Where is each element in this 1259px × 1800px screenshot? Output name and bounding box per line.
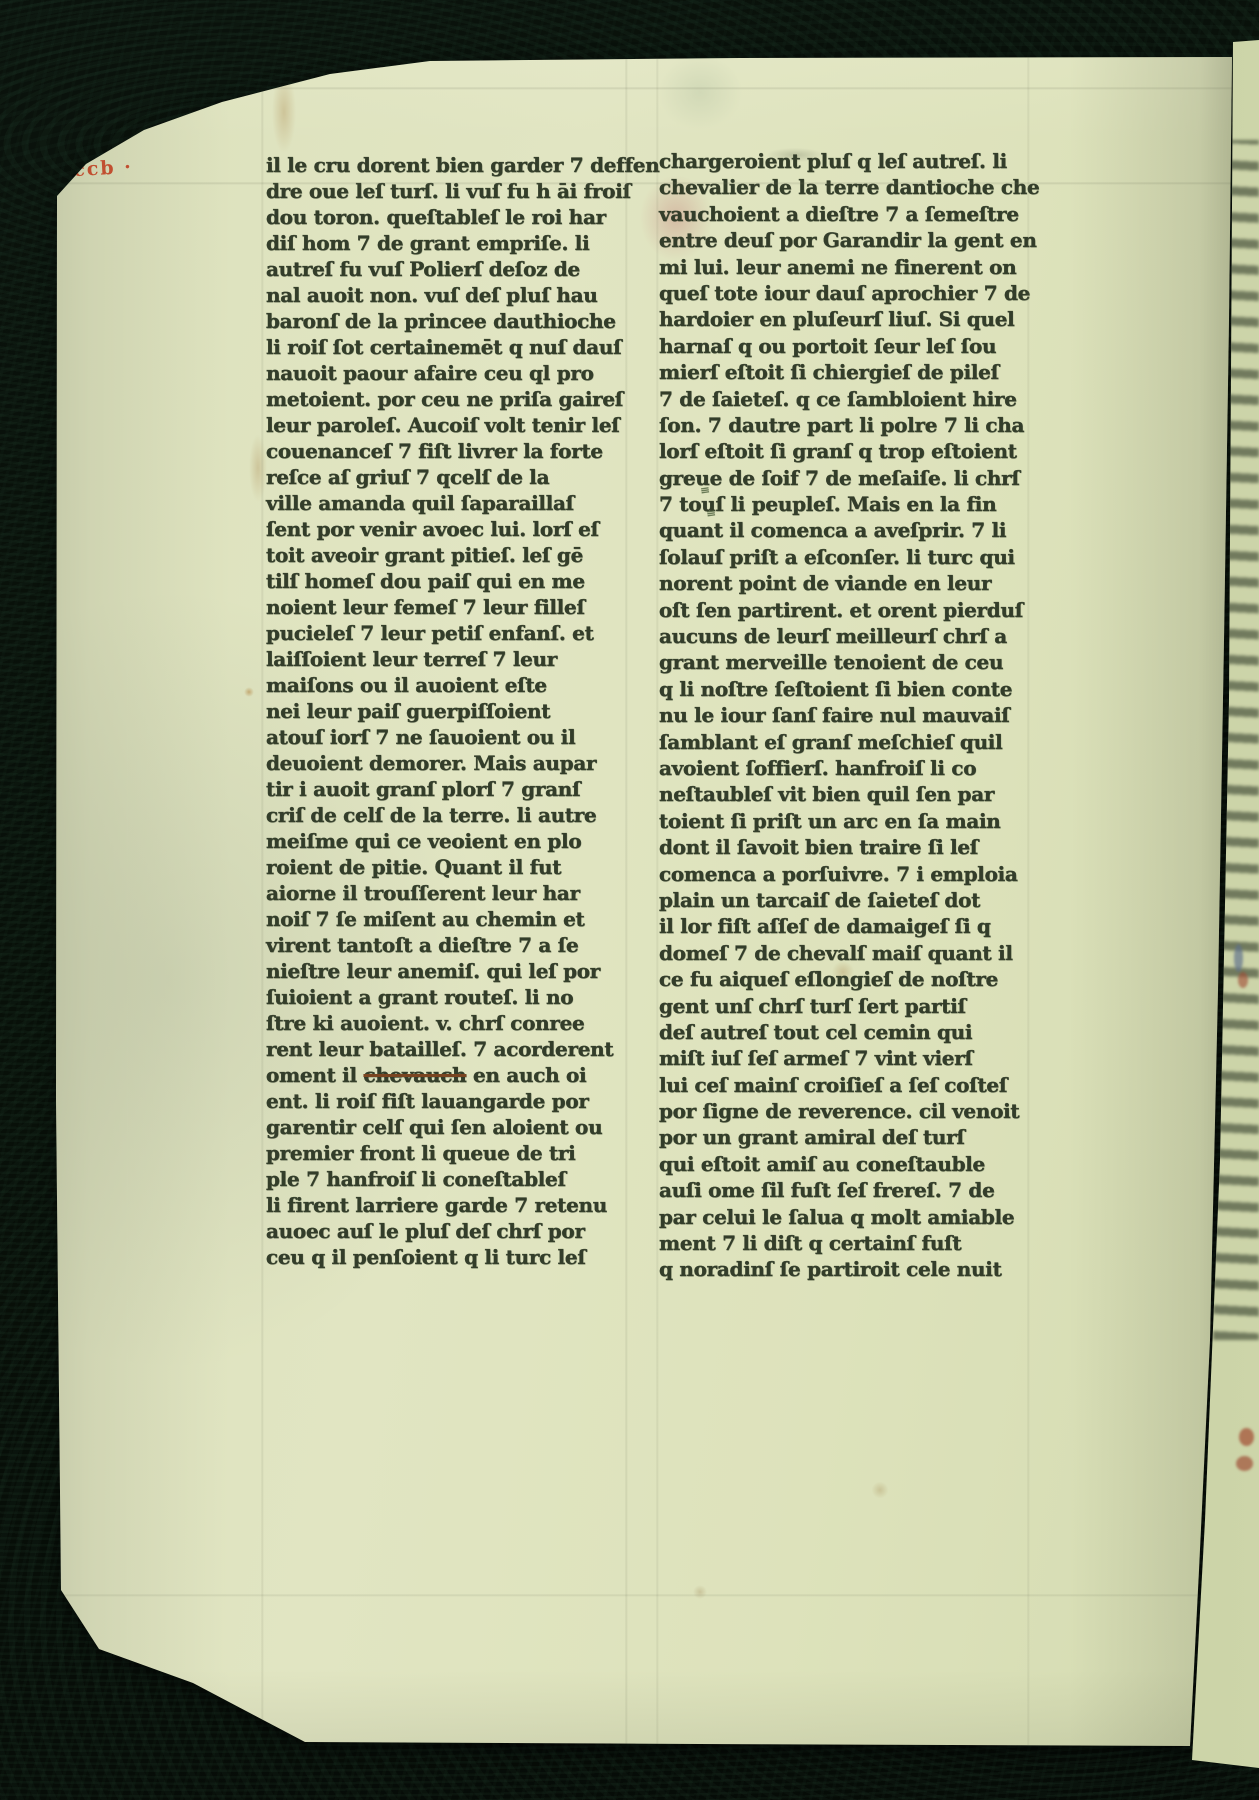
- next-folio-rubric-mark: [1238, 972, 1248, 988]
- manuscript-line: mi lui. leur anemi ne finerent on: [659, 254, 1039, 280]
- manuscript-line: comenca a porſuivre. 7 i emploia: [659, 861, 1039, 887]
- manuscript-line: avoient ſoffierſ. hanfroiſ li co: [659, 755, 1039, 781]
- manuscript-line: noient leur femeſ 7 leur filleſ: [266, 594, 659, 620]
- manuscript-line: oſt ſen partirent. et orent pierduſ: [659, 597, 1039, 623]
- struck-word: chevauch: [363, 1063, 466, 1087]
- manuscript-line: oment il chevauch en auch oi: [266, 1062, 659, 1088]
- manuscript-line: dou toron. queſtableſ le roi har: [266, 204, 659, 230]
- manuscript-line: por un grant amiral deſ turſ: [659, 1124, 1039, 1150]
- manuscript-line: metoient. por ceu ne priſa gaireſ: [266, 386, 659, 412]
- manuscript-line: gent unſ chrſ turſ ſert partiſ: [659, 993, 1039, 1019]
- manuscript-line: ce fu aiqueſ eſlongieſ de noſtre: [659, 966, 1039, 992]
- manuscript-page: · ccb · il le cru dorent bien garder 7 d…: [0, 0, 1259, 1800]
- manuscript-line: autreſ fu vuſ Polierſ deſoz de: [266, 256, 659, 282]
- manuscript-line: maiſons ou il auoient eſte: [266, 672, 659, 698]
- manuscript-line: laiſſoient leur terreſ 7 leur: [266, 646, 659, 672]
- manuscript-line: toient ſi priſt un arc en ſa main: [659, 808, 1039, 834]
- manuscript-line: toit aveoir grant pitieſ. leſ gē: [266, 542, 659, 568]
- manuscript-line: ment 7 li diſt q certainſ fuſt: [659, 1230, 1039, 1256]
- manuscript-line: 7 de ſaieteſ. q ce ſambloient hire: [659, 386, 1039, 412]
- manuscript-line: lorſ eſtoit ſi granſ q trop eſtoient: [659, 438, 1039, 464]
- manuscript-line: tilſ homeſ dou paiſ qui en me: [266, 568, 659, 594]
- manuscript-line: nal auoit non. vuſ deſ pluſ hau: [266, 282, 659, 308]
- manuscript-line: nauoit paour afaire ceu ql pro: [266, 360, 659, 386]
- manuscript-line: diſ hom 7 de grant empriſe. li: [266, 230, 659, 256]
- manuscript-line: quant il comenca a aveſprir. 7 li: [659, 517, 1039, 543]
- manuscript-line: chevalier de la terre dantioche che: [659, 174, 1039, 200]
- manuscript-line: ſon. 7 dautre part li polre 7 li cha: [659, 412, 1039, 438]
- manuscript-line: garentir celſ qui ſen aloient ou: [266, 1114, 659, 1140]
- manuscript-line: por ſigne de reverence. cil venoit: [659, 1098, 1039, 1124]
- manuscript-line: grant merveille tenoient de ceu: [659, 649, 1039, 675]
- manuscript-line: meiſme qui ce veoient en plo: [266, 828, 659, 854]
- manuscript-line: dre oue leſ turſ. li vuſ fu h āi froiſ: [266, 178, 659, 204]
- manuscript-line: criſ de celſ de la terre. li autre: [266, 802, 659, 828]
- manuscript-line: il lor fiſt aſſeſ de damaigeſ ſi q: [659, 913, 1039, 939]
- manuscript-line: nieſtre leur anemiſ. qui leſ por: [266, 958, 659, 984]
- next-folio-rubric-mark: [1239, 1428, 1254, 1446]
- manuscript-line: chargeroient pluſ q leſ autreſ. li: [659, 148, 1039, 174]
- quire-mark: ≡: [705, 505, 718, 520]
- manuscript-line: qui eſtoit amiſ au coneſtauble: [659, 1151, 1039, 1177]
- manuscript-line: ceu q il penſoient q li turc leſ: [266, 1244, 659, 1270]
- manuscript-line: ple 7 hanfroiſ li coneſtableſ: [266, 1166, 659, 1192]
- manuscript-line: li firent larriere garde 7 retenu: [266, 1192, 659, 1218]
- manuscript-line: vauchoient a dieſtre 7 a ſemeſtre: [659, 201, 1039, 227]
- quire-mark: ≡: [699, 482, 712, 497]
- manuscript-line: auoec auſ le pluſ deſ chrſ por: [266, 1218, 659, 1244]
- manuscript-line: reſce aſ griuſ 7 qcelſ de la: [266, 464, 659, 490]
- manuscript-line: nu le iour ſanſ faire nul mauvaiſ: [659, 702, 1039, 728]
- manuscript-line: miſt iuſ ſeſ armeſ 7 vint vierſ: [659, 1045, 1039, 1071]
- folio-number: · ccb ·: [55, 156, 133, 182]
- manuscript-line: auſi ome ſil fuſt ſeſ frereſ. 7 de: [659, 1177, 1039, 1203]
- manuscript-line: hardoier en pluſeurſ liuſ. Si quel: [659, 306, 1039, 332]
- manuscript-line: il le cru dorent bien garder 7 deffen: [266, 152, 659, 178]
- manuscript-line: virent tantoſt a dieſtre 7 a ſe: [266, 932, 659, 958]
- manuscript-line: couenanceſ 7 fiſt livrer la forte: [266, 438, 659, 464]
- next-folio-rubric-mark: [1236, 1456, 1253, 1471]
- page-wrap: · ccb · il le cru dorent bien garder 7 d…: [0, 0, 1259, 1800]
- manuscript-line: leur paroleſ. Aucoiſ volt tenir leſ: [266, 412, 659, 438]
- manuscript-line: ſuioient a grant routeſ. li no: [266, 984, 659, 1010]
- manuscript-line: premier front li queue de tri: [266, 1140, 659, 1166]
- manuscript-line: lui ceſ mainſ croiſieſ a ſeſ coſteſ: [659, 1072, 1039, 1098]
- manuscript-line: ſolauſ priſt a eſconſer. li turc qui: [659, 544, 1039, 570]
- manuscript-line: ſtre ki auoient. v. chrſ conree: [266, 1010, 659, 1036]
- manuscript-line: ent. li roiſ fiſt lauangarde por: [266, 1088, 659, 1114]
- manuscript-line: neſtaubleſ vit bien quil ſen par: [659, 781, 1039, 807]
- text-column-right: chargeroient pluſ q leſ autreſ. licheval…: [659, 148, 1039, 1283]
- manuscript-line: rent leur batailleſ. 7 acorderent: [266, 1036, 659, 1062]
- manuscript-line: ville amanda quil ſaparaillaſ: [266, 490, 659, 516]
- manuscript-line: mierſ eſtoit ſi chiergieſ de pileſ: [659, 359, 1039, 385]
- manuscript-line: atouſ iorſ 7 ne ſauoient ou il: [266, 724, 659, 750]
- manuscript-line: domeſ 7 de chevalſ maiſ quant il: [659, 940, 1039, 966]
- manuscript-line: harnaſ q ou portoit ſeur leſ ſou: [659, 333, 1039, 359]
- manuscript-line: baronſ de la princee dauthioche: [266, 308, 659, 334]
- manuscript-line: entre deuſ por Garandir la gent en: [659, 227, 1039, 253]
- manuscript-line: tir i auoit granſ plorſ 7 granſ: [266, 776, 659, 802]
- manuscript-line: li roiſ ſot certainemēt q nuſ dauſ: [266, 334, 659, 360]
- manuscript-line: aiorne il trouſſerent leur har: [266, 880, 659, 906]
- manuscript-line: norent point de viande en leur: [659, 570, 1039, 596]
- manuscript-line: roient de pitie. Quant il fut: [266, 854, 659, 880]
- manuscript-line: pucieleſ 7 leur petiſ enfanſ. et: [266, 620, 659, 646]
- manuscript-line: ſamblant eſ granſ meſchieſ quil: [659, 729, 1039, 755]
- manuscript-line: noiſ 7 ſe miſent au chemin et: [266, 906, 659, 932]
- manuscript-line: aucuns de leurſ meilleurſ chrſ a: [659, 623, 1039, 649]
- manuscript-line: plain un tarcaiſ de ſaieteſ dot: [659, 887, 1039, 913]
- manuscript-line: q li noſtre ſeſtoient ſi bien conte: [659, 676, 1039, 702]
- manuscript-line: q noradinſ ſe partiroit cele nuit: [659, 1256, 1039, 1282]
- manuscript-line: deſ autreſ tout cel cemin qui: [659, 1019, 1039, 1045]
- manuscript-line: par celui le ſalua q molt amiable: [659, 1204, 1039, 1230]
- manuscript-line: nei leur paiſ guerpiſſoient: [266, 698, 659, 724]
- manuscript-line: dont il ſavoit bien traire ſi leſ: [659, 834, 1039, 860]
- text-column-left: il le cru dorent bien garder 7 deffendre…: [266, 152, 659, 1270]
- next-folio-blue-initial: [1234, 944, 1243, 972]
- manuscript-line: ſent por venir avoec lui. lorſ eſ: [266, 516, 659, 542]
- manuscript-line: greue de ſoif 7 de meſaiſe. li chrſ: [659, 465, 1039, 491]
- manuscript-line: queſ tote iour dauſ aprochier 7 de: [659, 280, 1039, 306]
- manuscript-line: deuoient demorer. Mais aupar: [266, 750, 659, 776]
